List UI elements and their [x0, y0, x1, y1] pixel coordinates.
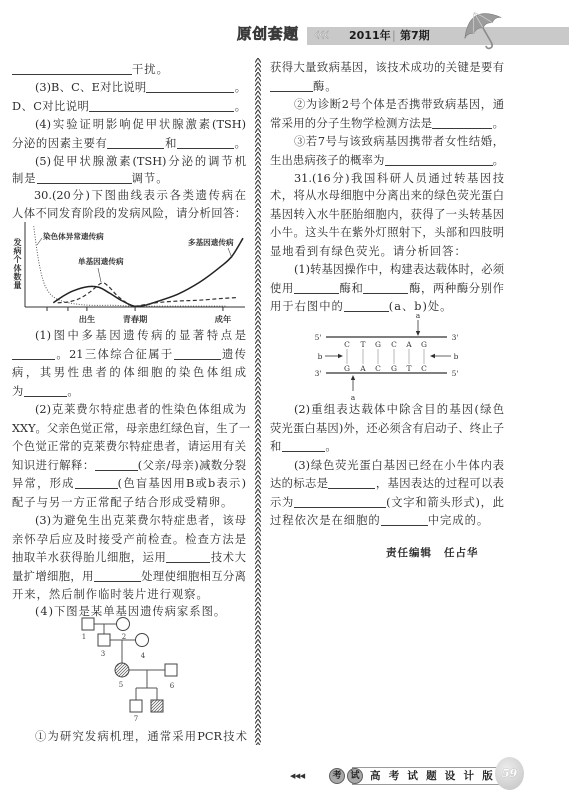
text-segment: 为 — [12, 385, 24, 398]
answer-blank — [328, 475, 375, 489]
x-tick-puberty: 青春期 — [120, 314, 150, 325]
q31-stem-line: 基因转入水牛胚胎细胞内，获得了一头转基因 — [270, 206, 504, 224]
y-axis-label: 发病个体数量 — [13, 238, 22, 290]
answer-blank — [381, 512, 428, 526]
text-segment: 生出患病孩子的概率为 — [270, 154, 385, 167]
arrow-up-icon — [351, 375, 355, 391]
bottom-base: A — [359, 364, 366, 373]
text-segment: 显地看到有绿色荧光。请分析回答： — [270, 245, 467, 258]
text-segment: 达的标志是 — [270, 477, 328, 490]
pedigree-female-2 — [117, 618, 130, 631]
answer-blank — [166, 549, 210, 563]
answer-blank — [270, 78, 313, 92]
text-segment: 术，将从水母细胞中分离出来的绿色荧光蛋白 — [270, 189, 504, 202]
q30-1-line: 病，其男性患者的体细胞的染色体组成 — [12, 364, 246, 382]
q31-stem-line: 31.(16分)我国科研人员通过转基因技 — [294, 170, 504, 188]
x-tick-birth: 出生 — [72, 314, 102, 325]
q29-5-line: (5)促甲状腺激素(TSH)分泌的调节机 — [35, 153, 246, 171]
text-segment: 配子与另一方正常配子结合形成受精卵。 — [12, 496, 233, 509]
answer-blank — [75, 475, 118, 489]
text-segment: (1)转基因操作中，构建表达载体时，必须 — [294, 263, 504, 276]
footer-badge-shi: 试 — [347, 768, 363, 784]
page-number: 59 — [495, 757, 524, 790]
column-divider — [255, 58, 261, 745]
arrow-right-icon — [325, 354, 343, 358]
bottom-strand-3-end: 3' — [315, 369, 322, 378]
q30-stem-line: 30.(20分)下图曲线表示各类遗传病在 — [34, 187, 246, 205]
text-segment: 小牛。这头牛在紫外灯照射下，头部和四肢明 — [270, 226, 504, 239]
pedigree-chart: 1 2 3 4 5 6 7 — [72, 612, 184, 724]
text-segment: XXY。父亲色觉正常，母亲患红绿色盲，生了一 — [12, 422, 250, 435]
monogenic-disease-label: 单基因遗传病 — [78, 257, 124, 267]
answer-blank — [385, 152, 493, 166]
text-segment: 调节。 — [132, 172, 169, 185]
text-segment: 和 — [164, 137, 177, 150]
pedigree-female-4 — [136, 634, 149, 647]
q31-2-line: 荧光蛋白基因)外，还必须含有启动子、终止子 — [270, 420, 504, 438]
q30-3-line: 开来，然后制作临时装片进行观察。 — [12, 586, 209, 604]
text-segment: 知识进行解释： — [12, 459, 95, 472]
answer-blank — [89, 98, 234, 112]
arrow-down-icon — [416, 320, 420, 336]
text-segment: (3)B、C、E对比说明 — [35, 81, 146, 94]
text-segment: 中完成的。 — [428, 514, 490, 527]
edition-title: 高考试题设计版 — [370, 768, 501, 784]
chromosomal-disease-label: 染色体异常遗传病 — [43, 232, 104, 242]
issue-year: 2011年 — [349, 28, 391, 44]
text-segment: 干扰。 — [132, 63, 169, 76]
footer-badge-kao: 考 — [329, 768, 345, 784]
text-segment: 异常，形成 — [12, 477, 75, 490]
text-segment: 31.(16分)我国科研人员通过转基因技 — [294, 172, 504, 185]
q30-2-line: 配子与另一方正常配子结合形成受精卵。 — [12, 494, 233, 512]
text-segment: ①为研究发病机理，通常采用PCR技术 — [35, 730, 247, 743]
answer-blank — [12, 346, 55, 360]
top-strand-5-end: 5' — [315, 333, 322, 342]
text-segment: (1)图中多基因遗传病的显著特点是 — [35, 329, 246, 342]
q30-2-line: XXY。父亲色觉正常，母亲患红绿色盲，生了一 — [12, 420, 246, 438]
text-segment: 亲怀孕后应及时接受产前检查。检查方法是 — [12, 533, 246, 546]
answer-blank — [24, 383, 67, 397]
q30-1-line: 。21三体综合征属于遗传 — [12, 346, 246, 364]
text-segment: 。 — [325, 440, 337, 453]
arrow-label-a-top: a — [416, 311, 421, 320]
monogenic-disease-curve — [58, 283, 237, 306]
pedigree-affected-male — [151, 700, 163, 712]
q29-4-line: (4)实验证明影响促甲状腺激素(TSH) — [35, 116, 246, 134]
pedigree-male-1 — [82, 618, 94, 630]
bottom-base: C — [375, 364, 381, 373]
text-segment: ②为诊断2号个体是否携带致病基因，通 — [294, 98, 504, 111]
bottom-base: G — [391, 364, 397, 373]
text-segment: (3)为避免生出克莱费尔特症患者，该母 — [35, 514, 246, 527]
answer-blank — [107, 135, 164, 149]
pedigree-label-1: 1 — [82, 633, 86, 641]
text-segment: ③若7号与该致病基因携带者女性结婚， — [294, 135, 504, 148]
bottom-base: T — [406, 364, 411, 373]
triangle-arrows-icon: ◀◀◀ — [290, 770, 305, 782]
monogenic-leader-line — [98, 268, 101, 282]
text-segment: (4)实验证明影响促甲状腺激素(TSH) — [35, 118, 246, 131]
answer-blank — [282, 438, 325, 452]
pedigree-male-6 — [165, 664, 177, 676]
answer-blank — [94, 568, 141, 582]
top-base: G — [375, 340, 381, 349]
text-segment: 荧光蛋白基因)外，还必须含有启动子、终止子 — [270, 422, 504, 435]
header-bar — [307, 27, 569, 45]
q30-1-line: 为。 — [12, 383, 80, 401]
q30-3-line: 量扩增细胞，用处理使细胞相互分离 — [12, 568, 246, 586]
arrow-label-b-right: b — [454, 352, 459, 361]
q31-3-line: 达的标志是，基因表达的过程可以表 — [270, 475, 504, 493]
editor-credit: 责任编辑任占华 — [386, 545, 479, 561]
top-strand-3-end: 3' — [452, 333, 459, 342]
q31-stem-line: 小牛。这头牛在紫外灯照射下，头部和四肢明 — [270, 224, 504, 242]
q29-5-line: 制是调节。 — [12, 170, 169, 188]
q31-2-line: 和。 — [270, 438, 338, 456]
text-segment: 基因转入水牛胚胎细胞内，获得了一头转基因 — [270, 208, 504, 221]
answer-blank — [363, 280, 408, 294]
q30-2-line: 个色觉正常的克莱费尔特症患者，请运用有关 — [12, 438, 246, 456]
q30-2-line: 异常，形成(色盲基因用B或b表示) — [12, 475, 246, 493]
q31-stem-line: 术，将从水母细胞中分离出来的绿色荧光蛋白 — [270, 187, 504, 205]
q30-3-line: (3)为避免生出克莱费尔特症患者，该母 — [35, 512, 246, 530]
text-segment: 处理使细胞相互分离 — [141, 570, 246, 583]
text-segment: 获得大量致病基因，该技术成功的关键是要有 — [270, 61, 504, 74]
pedigree-label-4: 4 — [141, 652, 146, 660]
editor-label: 责任编辑 — [386, 547, 432, 559]
text-segment: 。 — [67, 385, 79, 398]
pedigree-label-2: 2 — [122, 633, 126, 641]
top-base: C — [391, 340, 397, 349]
text-segment: 示为 — [270, 496, 294, 509]
text-segment: 。 — [234, 100, 246, 113]
q30-4-1-line: 获得大量致病基因，该技术成功的关键是要有 — [270, 59, 504, 77]
header-separator: | — [392, 28, 396, 44]
q30-4-3-line: ③若7号与该致病基因携带者女性结婚， — [294, 133, 504, 151]
text-segment: 制是 — [12, 172, 37, 185]
chromosomal-leader-line — [37, 238, 42, 245]
pedigree-male-7 — [130, 700, 142, 712]
top-base: C — [344, 340, 350, 349]
pedigree-male-3 — [98, 634, 110, 646]
arrow-label-b-left: b — [318, 352, 323, 361]
pedigree-label-3: 3 — [101, 650, 105, 658]
q30-4-3-line: 生出患病孩子的概率为。 — [270, 152, 504, 170]
editor-name: 任占华 — [444, 547, 479, 559]
pedigree-label-5: 5 — [119, 681, 123, 689]
text-segment: 分泌的因素主要有 — [12, 137, 107, 150]
top-base: T — [360, 340, 365, 349]
answer-blank — [37, 170, 132, 184]
answer-blank — [177, 135, 234, 149]
answer-blank — [432, 115, 492, 129]
umbrella-icon — [458, 6, 508, 52]
text-segment: 抽取羊水获得胎儿细胞，运用 — [12, 551, 166, 564]
bottom-base: G — [344, 364, 350, 373]
dna-diagram: 5' 3' 3' 5' C T G C A G G A C G T C a a … — [310, 310, 466, 404]
q31-3-line: (3)绿色荧光蛋白基因已经在小牛体内表 — [294, 457, 504, 475]
answer-blank — [95, 457, 138, 471]
text-segment: (父亲/母亲)减数分裂 — [138, 459, 246, 472]
text-segment: ，基因表达的过程可以表 — [375, 477, 504, 490]
text-segment: (色盲基因用B或b表示) — [118, 477, 246, 490]
text-segment: 。 — [493, 154, 504, 167]
q29-4-line: 分泌的因素主要有和。 — [12, 135, 246, 153]
text-segment: (5)促甲状腺激素(TSH)分泌的调节机 — [35, 155, 246, 168]
answer-blank — [174, 346, 221, 360]
text-segment: (2)克莱费尔特症患者的性染色体组成为 — [35, 403, 246, 416]
polygenic-disease-curve — [53, 238, 243, 306]
issue-number: 第7期 — [400, 28, 430, 44]
text-segment: 酶和 — [339, 282, 364, 295]
q30-2-line: 知识进行解释：(父亲/母亲)减数分裂 — [12, 457, 246, 475]
hydrogen-bonds — [347, 349, 424, 364]
q30-4-1-line: 酶。 — [270, 78, 338, 96]
answer-blank — [146, 79, 234, 93]
arrow-left-icon — [430, 354, 451, 358]
pedigree-affected-female-5 — [115, 663, 129, 677]
text-segment: 量扩增细胞，用 — [12, 570, 94, 583]
polygenic-disease-label: 多基因遗传病 — [188, 238, 234, 248]
text-segment: 个色觉正常的克莱费尔特症患者，请运用有关 — [12, 440, 246, 453]
q30-4-2-line: ②为诊断2号个体是否携带致病基因，通 — [294, 96, 504, 114]
q29-3-line: (3)B、C、E对比说明。 — [35, 79, 246, 97]
pedigree-label-7: 7 — [134, 715, 138, 723]
text-segment: 过程依次是在细胞的 — [270, 514, 381, 527]
text-segment: (2)重组表达载体中除含目的基因(绿色 — [294, 403, 504, 416]
text-segment: (文字和箭头形式)，此 — [386, 496, 504, 509]
q31-stem-line: 显地看到有绿色荧光。请分析回答： — [270, 243, 467, 261]
bottom-base: C — [421, 364, 427, 373]
text-segment: 。 — [234, 137, 246, 150]
text-segment: 技术大 — [210, 551, 246, 564]
answer-blank — [12, 61, 132, 75]
text-segment: 酶。 — [313, 80, 338, 93]
polygenic-leader-line — [228, 248, 232, 258]
answer-blank — [294, 494, 386, 508]
q30-3-line: 亲怀孕后应及时接受产前检查。检查方法是 — [12, 531, 246, 549]
section-title: 原创套题 — [237, 25, 299, 45]
text-segment: 开来，然后制作临时装片进行观察。 — [12, 588, 209, 601]
pedigree-label-6: 6 — [170, 682, 175, 690]
text-segment: 和 — [270, 440, 282, 453]
q30-4-2-line: 常采用的分子生物学检测方法是。 — [270, 115, 504, 133]
x-tick-adulthood: 成年 — [208, 314, 238, 325]
q31-3-line: 过程依次是在细胞的中完成的。 — [270, 512, 489, 530]
q29-answer-line: 干扰。 — [12, 61, 169, 79]
chevrons-icon: ‹‹‹ — [314, 23, 328, 47]
text-segment: 。 — [234, 81, 246, 94]
text-segment: 30.(20分)下图曲线表示各类遗传病在 — [34, 189, 246, 202]
text-segment: 常采用的分子生物学检测方法是 — [270, 117, 432, 130]
text-segment: 酶，两种酶分别作 — [408, 282, 504, 295]
x-axis-ticks — [47, 307, 223, 311]
answer-blank — [294, 280, 339, 294]
text-segment: D、C对比说明 — [12, 100, 89, 113]
text-segment: 。21三体综合征属于 — [55, 348, 174, 361]
q31-1-line: (1)转基因操作中，构建表达载体时，必须 — [294, 261, 504, 279]
q30-3-line: 抽取羊水获得胎儿细胞，运用技术大 — [12, 549, 246, 567]
q30-1-line: (1)图中多基因遗传病的显著特点是 — [35, 327, 246, 345]
text-segment: 病，其男性患者的体细胞的染色体组成 — [12, 366, 246, 379]
bottom-strand-5-end: 5' — [452, 369, 459, 378]
q31-2-line: (2)重组表达载体中除含目的基因(绿色 — [294, 401, 504, 419]
q30-2-line: (2)克莱费尔特症患者的性染色体组成为 — [35, 401, 246, 419]
q30-4-1-line: ①为研究发病机理，通常采用PCR技术 — [35, 728, 247, 746]
q29-3-line: D、C对比说明。 — [12, 98, 246, 116]
top-base: G — [421, 340, 427, 349]
q31-1-line: 使用酶和酶，两种酶分别作 — [270, 280, 504, 298]
q31-3-line: 示为(文字和箭头形式)，此 — [270, 494, 504, 512]
text-segment: 。 — [492, 117, 504, 130]
text-segment: (3)绿色荧光蛋白基因已经在小牛体内表 — [294, 459, 504, 472]
text-segment: 遗传 — [221, 348, 246, 361]
text-segment: 使用 — [270, 282, 294, 295]
top-base: A — [405, 340, 412, 349]
